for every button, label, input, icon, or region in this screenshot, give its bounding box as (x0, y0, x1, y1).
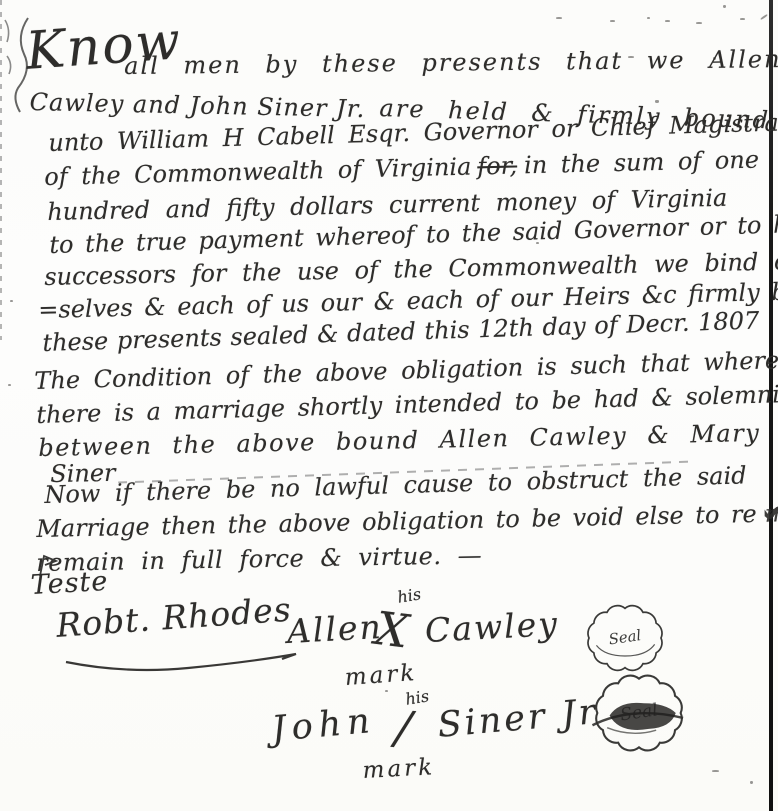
struck-word: for, (477, 151, 517, 180)
signature-flourish-underline (58, 646, 310, 672)
speck (740, 18, 745, 20)
bond-text-segment: of the Commonwealth of Virginia (44, 153, 472, 191)
bondsman-signature-first-name: John (270, 701, 377, 750)
speck (556, 17, 562, 19)
speck (712, 770, 719, 772)
bond-text-line: Cawley and John Siner Jr. (29, 88, 365, 123)
speck (647, 17, 650, 19)
groom-mark-label: mark (344, 660, 418, 691)
scanned-document-page: Know all men by these presents that we A… (0, 0, 778, 811)
bondsman-signature-last-name: Siner Jr (436, 692, 600, 746)
speck (8, 384, 11, 386)
ink-smudge (610, 703, 676, 730)
speck (696, 22, 702, 24)
groom-signature-first-name: Allen (286, 607, 384, 651)
groom-x-mark: X (372, 601, 411, 659)
speck (665, 20, 670, 22)
bondsman-mark-label: mark (362, 754, 436, 784)
speck (760, 14, 768, 20)
seal-label: Seal (608, 627, 643, 648)
bondsman-stroke-mark: / (393, 700, 413, 755)
speck (10, 300, 13, 302)
speck (385, 690, 388, 692)
speck (723, 5, 726, 8)
speck (610, 20, 615, 22)
bond-text-line: all men by these presents that we Allen (124, 45, 778, 80)
groom-signature-last-name: Cawley (424, 604, 560, 650)
speck (750, 781, 753, 784)
struck-word: main (764, 498, 778, 527)
hand-drawn-seal-2: Seal (590, 664, 688, 762)
condition-text-segment: Marriage then the above obligation to be… (36, 500, 757, 543)
teste-label: Teste (30, 566, 109, 601)
bond-text-segment: in the sum of one (524, 146, 760, 180)
